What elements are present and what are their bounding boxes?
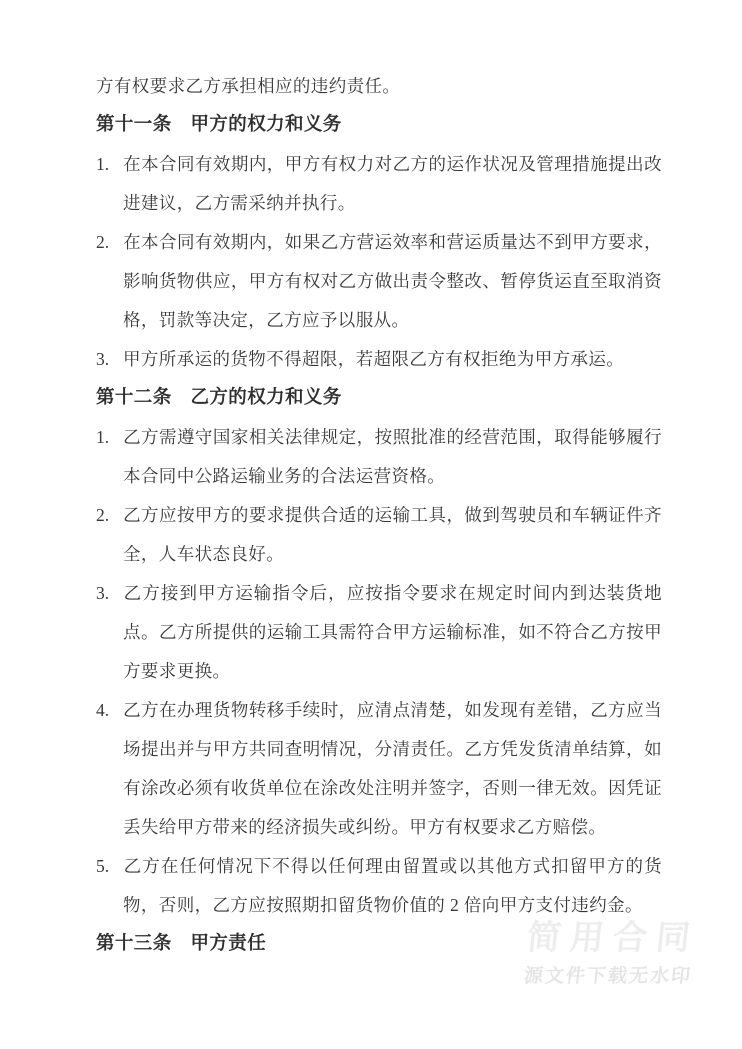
list-item-text: 在本合同有效期内，如果乙方营运效率和营运质量达不到甲方要求，影响货物供应，甲方有…	[123, 232, 662, 330]
list-item: 2.在本合同有效期内，如果乙方营运效率和营运质量达不到甲方要求，影响货物供应，甲…	[96, 223, 662, 340]
list-item: 2.乙方应按甲方的要求提供合适的运输工具，做到驾驶员和车辆证件齐全，人车状态良好…	[96, 496, 662, 574]
list-item-number: 3.	[96, 340, 123, 379]
list-item-text: 乙方应按甲方的要求提供合适的运输工具，做到驾驶员和车辆证件齐全，人车状态良好。	[123, 505, 662, 564]
list-item-text: 在本合同有效期内，甲方有权力对乙方的运作状况及管理措施提出改进建议，乙方需采纳并…	[123, 154, 662, 213]
section-heading: 第十二条 乙方的权力和义务	[96, 379, 662, 418]
list-item-text: 乙方在任何情况下不得以任何理由留置或以其他方式扣留甲方的货物，否则，乙方应按照期…	[123, 856, 662, 915]
list-item-text: 乙方在办理货物转移手续时，应清点清楚，如发现有差错，乙方应当场提出并与甲方共同查…	[123, 700, 662, 837]
section-heading: 第十一条 甲方的权力和义务	[96, 106, 662, 145]
list-item-number: 5.	[96, 847, 123, 886]
list-item-number: 4.	[96, 691, 123, 730]
contract-body: 方有权要求乙方承担相应的违约责任。第十一条 甲方的权力和义务1.在本合同有效期内…	[96, 67, 662, 964]
section-heading: 第十三条 甲方责任	[96, 925, 662, 964]
list-item: 4.乙方在办理货物转移手续时，应清点清楚，如发现有差错，乙方应当场提出并与甲方共…	[96, 691, 662, 847]
list-item-number: 1.	[96, 145, 123, 184]
list-item-number: 2.	[96, 223, 123, 262]
contract-document-page: 方有权要求乙方承担相应的违约责任。第十一条 甲方的权力和义务1.在本合同有效期内…	[0, 0, 742, 1049]
list-item-number: 3.	[96, 574, 123, 613]
watermark-subtitle: 源文件下载无水印	[523, 965, 693, 987]
list-item: 1.在本合同有效期内，甲方有权力对乙方的运作状况及管理措施提出改进建议，乙方需采…	[96, 145, 662, 223]
list-item-number: 2.	[96, 496, 123, 535]
paragraph: 方有权要求乙方承担相应的违约责任。	[96, 67, 662, 106]
list-item: 3.乙方接到甲方运输指令后，应按指令要求在规定时间内到达装货地点。乙方所提供的运…	[96, 574, 662, 691]
list-item: 1.乙方需遵守国家相关法律规定，按照批准的经营范围，取得能够履行本合同中公路运输…	[96, 418, 662, 496]
list-item-text: 甲方所承运的货物不得超限，若超限乙方有权拒绝为甲方承运。	[123, 349, 624, 369]
list-item-text: 乙方需遵守国家相关法律规定，按照批准的经营范围，取得能够履行本合同中公路运输业务…	[123, 427, 662, 486]
list-item-number: 1.	[96, 418, 123, 457]
list-item-text: 乙方接到甲方运输指令后，应按指令要求在规定时间内到达装货地点。乙方所提供的运输工…	[123, 583, 662, 681]
list-item: 3.甲方所承运的货物不得超限，若超限乙方有权拒绝为甲方承运。	[96, 340, 662, 379]
list-item: 5.乙方在任何情况下不得以任何理由留置或以其他方式扣留甲方的货物，否则，乙方应按…	[96, 847, 662, 925]
